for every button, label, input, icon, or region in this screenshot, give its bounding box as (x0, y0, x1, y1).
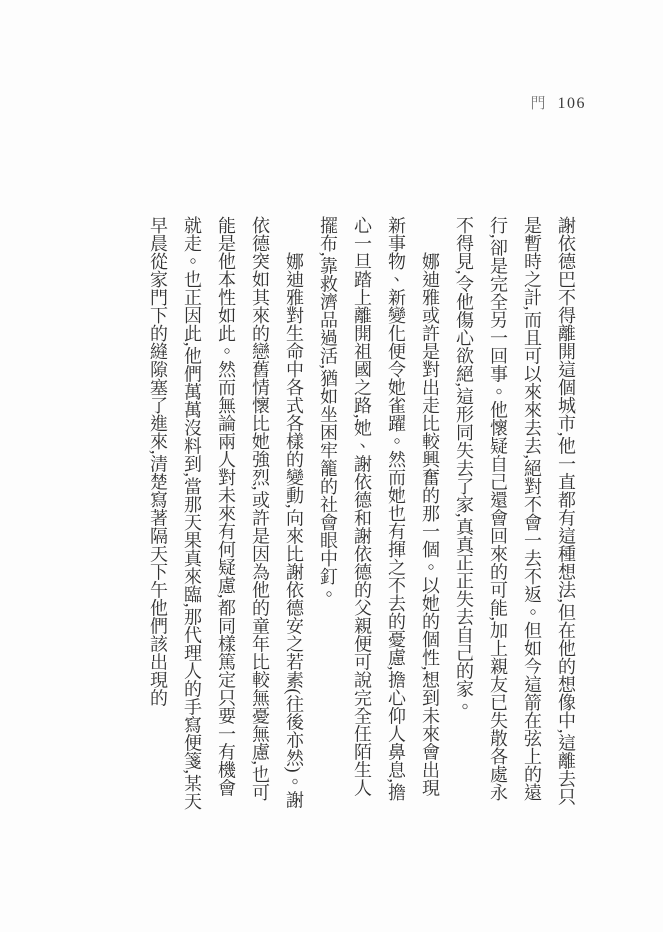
paragraph-1: 謝依德巴不得離開這個城市,他一直都有這種想法,但在他的想像中,這離去只是暫時之計… (447, 216, 583, 812)
chapter-title: 門 (530, 92, 545, 113)
book-page: 門 106 謝依德巴不得離開這個城市,他一直都有這種想法,但在他的想像中,這離去… (0, 0, 663, 932)
paragraph-3: 娜迪雅對生命中各式各樣的變動,向來比謝依德安之若素(往後亦然)。謝依德突如其來的… (141, 216, 311, 812)
body-text: 謝依德巴不得離開這個城市,他一直都有這種想法,但在他的想像中,這離去只是暫時之計… (141, 216, 583, 812)
running-head: 門 106 (530, 92, 586, 113)
paragraph-2: 娜迪雅或許是對出走比較興奮的那一個。以她的個性,想到未來會出現新事物、新變化便令… (311, 216, 447, 812)
page-number: 106 (558, 95, 587, 113)
